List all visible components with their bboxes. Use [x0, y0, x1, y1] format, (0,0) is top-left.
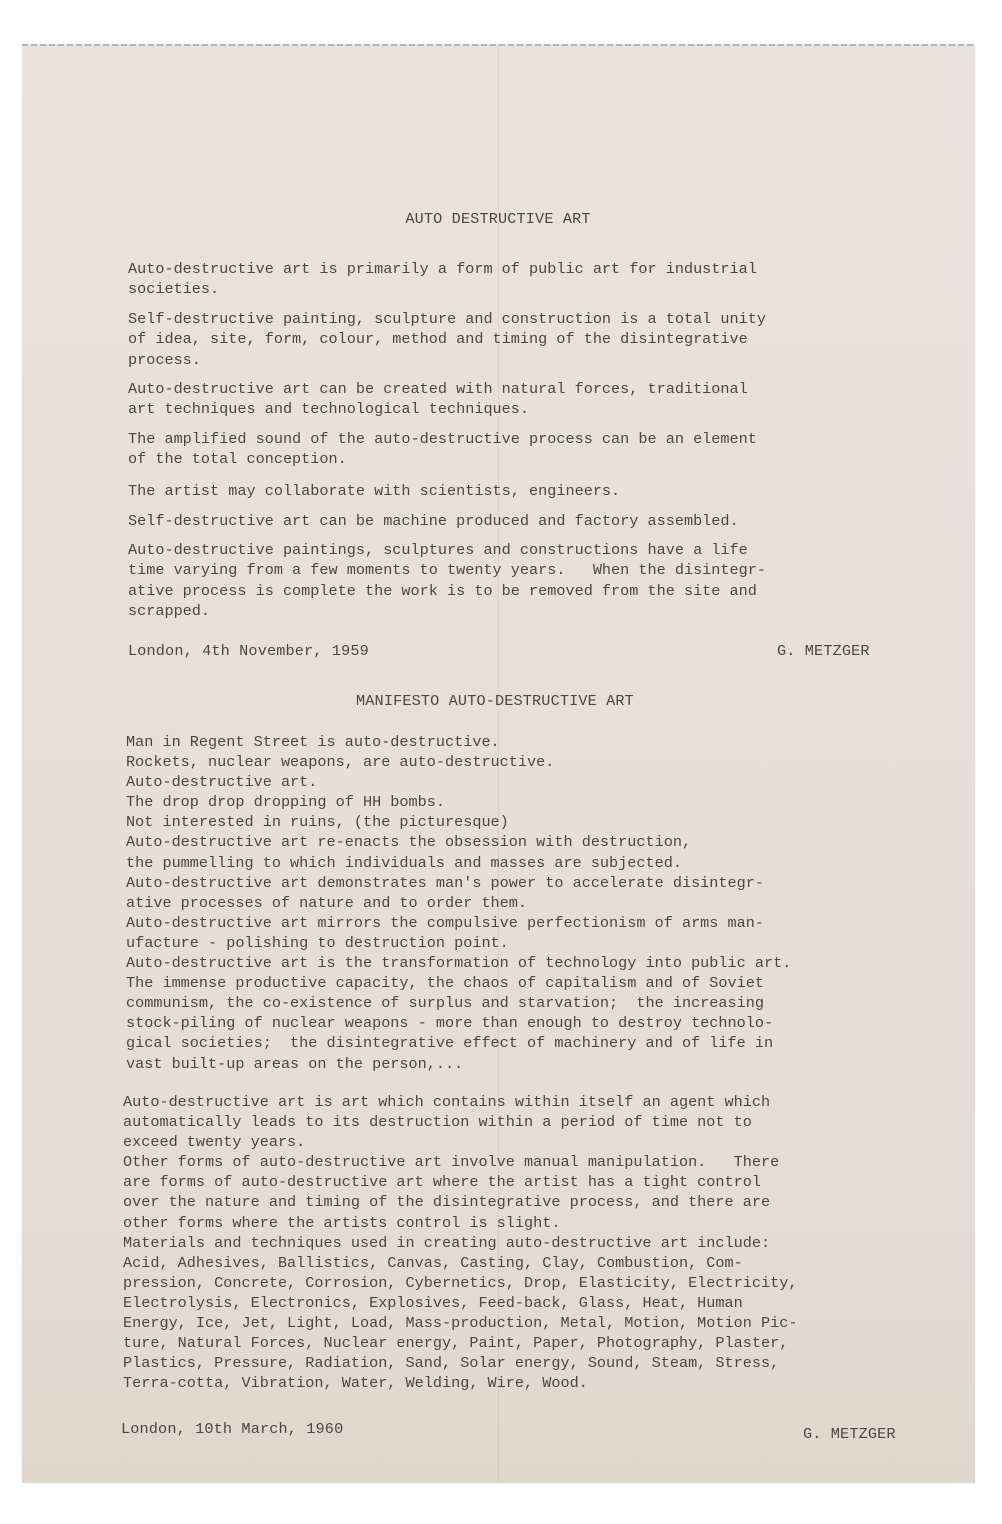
text-line: gical societies; the disintegrative effe…	[126, 1033, 791, 1053]
section1-paragraph-1: Auto-destructive art is primarily a form…	[128, 259, 757, 300]
text-line: stock-piling of nuclear weapons - more t…	[126, 1013, 791, 1033]
section1-signature: G. METZGER	[777, 642, 870, 660]
text-line: Auto-destructive art mirrors the compuls…	[126, 913, 791, 933]
text-line: Materials and techniques used in creatin…	[123, 1233, 797, 1253]
section2-title: MANIFESTO AUTO-DESTRUCTIVE ART	[0, 692, 990, 710]
text-line: the pummelling to which individuals and …	[126, 853, 791, 873]
section2-signature: G. METZGER	[803, 1425, 896, 1443]
text-line: The immense productive capacity, the cha…	[126, 973, 791, 993]
text-line: exceed twenty years.	[123, 1132, 797, 1152]
text-line: Not interested in ruins, (the picturesqu…	[126, 812, 791, 832]
text-line: Auto-destructive art demonstrates man's …	[126, 873, 791, 893]
section1-paragraph-3: Auto-destructive art can be created with…	[128, 379, 748, 420]
text-line: Other forms of auto-destructive art invo…	[123, 1152, 797, 1172]
text-line: Auto-destructive art is primarily a form…	[128, 259, 757, 279]
text-line: automatically leads to its destruction w…	[123, 1112, 797, 1132]
text-line: Auto-destructive art can be created with…	[128, 379, 748, 399]
text-line: Plastics, Pressure, Radiation, Sand, Sol…	[123, 1353, 797, 1373]
section1-paragraph-7: Auto-destructive paintings, sculptures a…	[128, 540, 766, 621]
text-line: Auto-destructive art re-enacts the obses…	[126, 832, 791, 852]
text-line: vast built-up areas on the person,...	[126, 1054, 791, 1074]
text-line: Acid, Adhesives, Ballistics, Canvas, Cas…	[123, 1253, 797, 1273]
text-line: Auto-destructive art is art which contai…	[123, 1092, 797, 1112]
section1-place-date: London, 4th November, 1959	[128, 642, 369, 660]
text-line: Auto-destructive art is the transformati…	[126, 953, 791, 973]
text-line: over the nature and timing of the disint…	[123, 1192, 797, 1212]
text-line: ture, Natural Forces, Nuclear energy, Pa…	[123, 1333, 797, 1353]
text-line: The drop drop dropping of HH bombs.	[126, 792, 791, 812]
text-line: Rockets, nuclear weapons, are auto-destr…	[126, 752, 791, 772]
text-line: pression, Concrete, Corrosion, Cyberneti…	[123, 1273, 797, 1293]
text-line: time varying from a few moments to twent…	[128, 560, 766, 580]
section1-paragraph-6: Self-destructive art can be machine prod…	[128, 511, 739, 531]
text-line: process.	[128, 350, 766, 370]
section1-paragraph-2: Self-destructive painting, sculpture and…	[128, 309, 766, 370]
text-line: other forms where the artists control is…	[123, 1213, 797, 1233]
section2-place-date: London, 10th March, 1960	[121, 1420, 343, 1438]
text-line: Auto-destructive paintings, sculptures a…	[128, 540, 766, 560]
text-line: communism, the co-existence of surplus a…	[126, 993, 791, 1013]
text-line: societies.	[128, 279, 757, 299]
text-line: Self-destructive painting, sculpture and…	[128, 309, 766, 329]
text-line: art techniques and technological techniq…	[128, 399, 748, 419]
text-line: Electrolysis, Electronics, Explosives, F…	[123, 1293, 797, 1313]
text-line: Self-destructive art can be machine prod…	[128, 511, 739, 531]
text-line: Energy, Ice, Jet, Light, Load, Mass-prod…	[123, 1313, 797, 1333]
text-line: are forms of auto-destructive art where …	[123, 1172, 797, 1192]
section1-paragraph-4: The amplified sound of the auto-destruct…	[128, 429, 757, 470]
section1-title: AUTO DESTRUCTIVE ART	[0, 210, 996, 228]
text-line: of the total conception.	[128, 449, 757, 469]
text-line: Auto-destructive art.	[126, 772, 791, 792]
text-line: The artist may collaborate with scientis…	[128, 481, 620, 501]
text-line: Terra-cotta, Vibration, Water, Welding, …	[123, 1373, 797, 1393]
text-line: of idea, site, form, colour, method and …	[128, 329, 766, 349]
text-line: ative process is complete the work is to…	[128, 581, 766, 601]
text-line: Man in Regent Street is auto-destructive…	[126, 732, 791, 752]
text-line: The amplified sound of the auto-destruct…	[128, 429, 757, 449]
section2-block-b: Auto-destructive art is art which contai…	[123, 1092, 797, 1393]
section2-block-a: Man in Regent Street is auto-destructive…	[126, 732, 791, 1074]
section1-paragraph-5: The artist may collaborate with scientis…	[128, 481, 620, 501]
text-line: scrapped.	[128, 601, 766, 621]
text-line: ufacture - polishing to destruction poin…	[126, 933, 791, 953]
text-line: ative processes of nature and to order t…	[126, 893, 791, 913]
